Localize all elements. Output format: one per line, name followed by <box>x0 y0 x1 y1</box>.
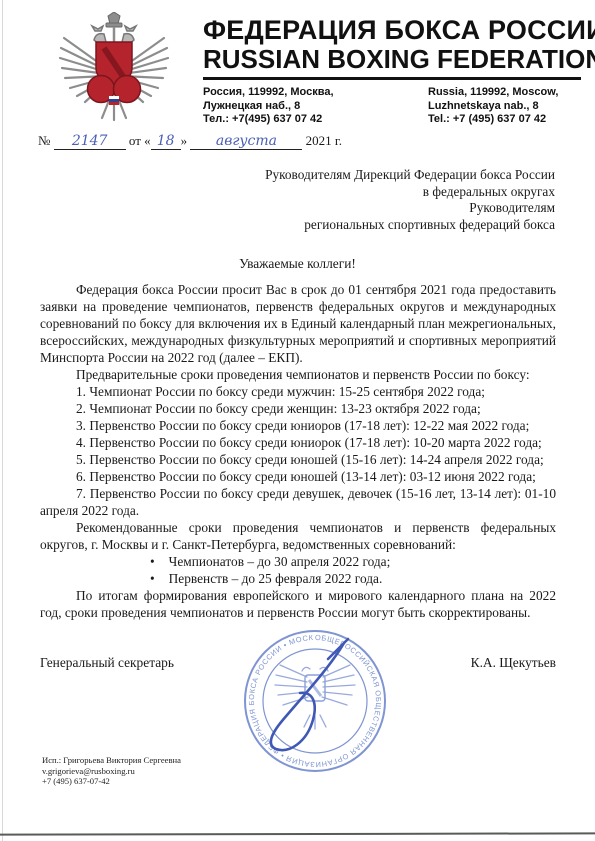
signer-position: Генеральный секретарь <box>40 655 174 671</box>
bullet-item: •Чемпионатов – до 30 апреля 2022 года; <box>40 553 556 570</box>
letterhead: ФЕДЕРАЦИЯ БОКСА РОССИИ RUSSIAN BOXING FE… <box>203 16 581 127</box>
from-label: от « <box>129 133 151 148</box>
org-address-en: Russia, 119992, Moscow, Luzhnetskaya nab… <box>428 86 581 127</box>
recipient-block: Руководителям Дирекций Федерации бокса Р… <box>175 167 555 233</box>
recipient-line: Руководителям <box>175 200 555 217</box>
paragraph-recommended-dates: Рекомендованные сроки проведения чемпион… <box>40 519 556 553</box>
letter-body: Федерация бокса России просит Вас в срок… <box>40 281 556 621</box>
letter-page: ФЕДЕРАЦИЯ БОКСА РОССИИ RUSSIAN BOXING FE… <box>0 0 595 841</box>
recipient-line: региональных спортивных федераций бокса <box>175 217 555 234</box>
paragraph-deadline: Федерация бокса России просит Вас в срок… <box>40 281 556 366</box>
paragraph-adjustment-note: По итогам формирования европейского и ми… <box>40 587 556 621</box>
org-address-ru: Россия, 119992, Москва, Лужнецкая наб., … <box>203 86 428 127</box>
list-item: 1. Чемпионат России по боксу среди мужчи… <box>40 383 556 400</box>
outgoing-number-handwritten: 2147 <box>54 133 126 150</box>
bullet-item: •Первенств – до 25 февраля 2022 года. <box>40 570 556 587</box>
list-item: 4. Первенство России по боксу среди юнио… <box>40 434 556 451</box>
scan-edge-left <box>2 0 3 841</box>
list-item: 5. Первенство России по боксу среди юнош… <box>40 451 556 468</box>
signer-name: К.А. Щекутьев <box>471 655 556 671</box>
header-rule <box>203 77 581 80</box>
month-handwritten: августа <box>190 133 302 150</box>
org-title-en: RUSSIAN BOXING FEDERATION <box>203 45 581 73</box>
scan-edge-bottom <box>0 832 595 835</box>
org-title-ru: ФЕДЕРАЦИЯ БОКСА РОССИИ <box>203 16 581 45</box>
list-item: 2. Чемпионат России по боксу среди женщи… <box>40 400 556 417</box>
list-item: 3. Первенство России по боксу среди юнио… <box>40 417 556 434</box>
salutation: Уважаемые коллеги! <box>0 256 595 272</box>
reference-number-line: № 2147 от «18» августа 2021 г. <box>38 133 342 150</box>
bullet-icon: • <box>150 570 155 587</box>
recipient-line: в федеральных округах <box>175 184 555 201</box>
executor-name: Исп.: Григорьева Виктория Сергеевна <box>42 755 181 766</box>
quote-close: » <box>181 133 188 148</box>
bullet-icon: • <box>150 553 155 570</box>
executor-block: Исп.: Григорьева Виктория Сергеевна v.gr… <box>42 755 181 787</box>
executor-phone: +7 (495) 637-07-42 <box>42 776 181 787</box>
year-suffix: 2021 г. <box>306 133 342 148</box>
executor-email: v.grigorieva@rusboxing.ru <box>42 766 181 777</box>
paragraph-preliminary-dates: Предварительные сроки проведения чемпион… <box>40 366 556 383</box>
list-item: 6. Первенство России по боксу среди юнош… <box>40 468 556 485</box>
double-headed-eagle-with-boxing-gloves-icon <box>56 12 172 124</box>
recipient-line: Руководителям Дирекций Федерации бокса Р… <box>175 167 555 184</box>
day-handwritten: 18 <box>151 133 181 150</box>
list-item: 7. Первенство России по боксу среди деву… <box>40 485 556 519</box>
number-sign: № <box>38 133 50 148</box>
handwritten-signature-icon <box>232 633 402 758</box>
